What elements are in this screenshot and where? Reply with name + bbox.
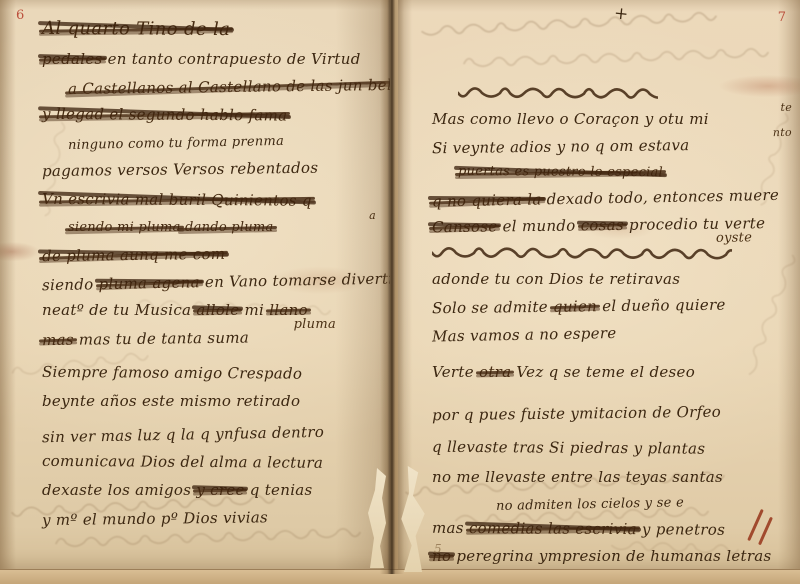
handwritten-text: beynte años este mismo retirado [42,392,300,410]
handwritten-text: adonde tu con Dios te retiravas [432,270,680,288]
handwritten-text: Si veynte adios y no q om estava [432,136,690,157]
manuscript-line: Mas vamos a no espere [432,321,798,345]
manuscript-line: Siempre famoso amigo Crespado [42,364,382,383]
handwritten-text: comunicava Dios del alma a lectura [42,452,323,472]
handwritten-text: mi [239,301,269,319]
manuscript-line: dexaste los amigos y cree q tenias [42,482,382,499]
manuscript-line: neatº de tu Musica allole mi llanopluma [42,302,382,319]
scribbled-out-line [432,245,732,261]
manuscript-line [458,83,798,102]
manuscript-line: no admiten los cielos y se e [496,493,798,514]
manuscript-line: a Castellanos al Castellano de las jun b… [68,77,382,98]
left-page-text: Al quarto Tino de lapedales en tanto con… [0,0,382,527]
manuscript-line: Al quarto Tino de la [42,19,382,41]
struck-text: dando pluma [181,220,274,235]
handwritten-text: siendo [42,275,99,294]
manuscript-line: Si veynte adios y no q om estavanto [432,136,798,157]
manuscript-line: Vn escrivia mal buril Quinientos q [42,191,382,210]
manuscript-line: Verte otra Vez q se teme el deseo [432,364,798,381]
manuscript-line: beynte años este mismo retirado [42,393,382,410]
struck-text: y cree [196,481,244,499]
handwritten-text: q llevaste tras Si piedras y plantas [432,438,705,458]
manuscript-page-left: 6 Al quarto Tino de lapedales en tanto c… [0,0,390,572]
handwritten-text: pagamos versos Versos rebentados [42,159,319,180]
handwritten-text: no admiten los cielos y se e [496,495,684,514]
handwritten-text: en tanto contrapuesto de Virtud [103,50,361,68]
handwritten-text: en Vano tomarse divertida [200,269,390,291]
manuscript-line: no peregrina ympresion de humanas letras [432,548,798,565]
red-corner-strokes [754,508,778,552]
manuscript-line: comunicava Dios del alma a lectura [42,453,382,472]
struck-text: comedias las escrivia [469,519,637,538]
manuscript-line: y llegad el segundo hablo fama [42,106,382,125]
manuscript-line: y mº el mundo pº Dios vivias [42,508,382,529]
handwritten-text: dexado todo, entonces muere [541,186,779,209]
manuscript-line: q no quiera la dexado todo, entonces mue… [432,186,798,210]
handwritten-text: el dueño quiere [597,296,726,316]
manuscript-line: de pluma aunq me com [42,244,382,265]
manuscript-photo: 6 Al quarto Tino de lapedales en tanto c… [0,0,800,584]
interlinear-insertion: nto [773,124,792,141]
manuscript-page-right: + 7 Mas como llevo o Coraçon y otu miteS… [398,0,800,574]
handwritten-text: neatº de tu Musica [42,301,196,319]
manuscript-line: Mas como llevo o Coraçon y otu mite [432,111,798,128]
manuscript-line: adonde tu con Dios te retiravas [432,271,798,288]
manuscript-line: pedales en tanto contrapuesto de Virtud [42,51,382,68]
handwritten-text: Mas como llevo o Coraçon y otu mi [432,110,709,128]
struck-text: a Castellanos al Castellano de las jun b… [68,76,390,98]
manuscript-line: q llevaste tras Si piedras y plantas [432,439,798,459]
struck-text: mas [42,331,74,349]
manuscript-line: mas comedias las escrivia y penetros [432,520,798,540]
folio-number-left: 6 [16,8,24,23]
manuscript-line: Solo se admite quien el dueño quiere [432,296,798,317]
handwritten-text: no me llevaste entre las teyas santas [432,468,723,486]
gutter-numeral: 5 [434,542,442,556]
handwritten-text: q tenias [245,481,313,499]
handwritten-text: Vez q se teme el deseo [511,363,695,381]
struck-text: cosas [581,216,624,235]
struck-text: quien [553,297,597,316]
handwritten-text: mas tu de tanta suma [74,329,250,349]
manuscript-line: Cansose el mundo cosas procedio tu verte… [432,215,798,236]
manuscript-line: pagamos versos Versos rebentados [42,159,382,180]
handwritten-text: Mas vamos a no espere [432,324,617,346]
struck-text: allole [196,301,239,319]
handwritten-text: Verte [432,363,479,381]
right-page-text: Mas como llevo o Coraçon y otu miteSi ve… [398,0,798,565]
manuscript-line: puertas es puestro lo especial [458,164,798,181]
struck-text: pedales [42,50,103,68]
handwritten-text: por q pues fuiste ymitacion de Orfeo [432,403,721,425]
struck-text: siendo mi pluma [68,220,181,235]
struck-text: Cansose [432,217,498,236]
interlinear-insertion: a [369,208,376,223]
handwritten-text: mas [432,519,469,537]
manuscript-line: siendo pluma agena en Vano tomarse diver… [42,271,382,295]
struck-text: otra [479,363,511,381]
handwritten-text: peregrina ympresion de humanas letras [451,547,771,565]
struck-text: q no quiera la [432,190,542,210]
scribbled-out-line [458,85,658,100]
folio-number-right: 7 [778,10,786,25]
manuscript-line [432,243,798,263]
cross-mark: + [613,3,629,24]
manuscript-line: no me llevaste entre las teyas santas [432,469,798,486]
manuscript-line: ninguno como tu forma prenma [68,132,382,153]
manuscript-line: sin ver mas luz q la q ynfusa dentro [42,423,382,447]
manuscript-line: por q pues fuiste ymitacion de Orfeo [432,403,798,424]
handwritten-text: el mundo [497,216,580,235]
handwritten-text: y mº el mundo pº Dios vivias [42,508,268,529]
handwritten-text: ninguno como tu forma prenma [68,134,284,153]
handwritten-text: y penetros [637,520,725,539]
struck-text: Vn escrivia mal buril Quinientos q [42,190,312,210]
handwritten-text: Solo se admite [432,298,553,317]
struck-text: pluma agena [98,273,200,293]
manuscript-line: siendo mi pluma dando plumaa [68,220,382,235]
struck-text: de pluma aunq me com [42,245,226,265]
handwritten-text: dexaste los amigos [42,481,196,499]
struck-text: puertas es puestro lo especial [458,164,663,180]
manuscript-line: mas mas tu de tanta suma [42,328,382,349]
handwritten-text: sin ver mas luz q la q ynfusa dentro [42,423,324,446]
ink-bleedthrough [60,525,360,549]
struck-text: Al quarto Tino de la [42,18,230,40]
handwritten-text: Siempre famoso amigo Crespado [42,363,302,383]
struck-text: y llegad el segundo hablo fama [42,105,288,125]
interlinear-insertion: te [780,99,792,116]
